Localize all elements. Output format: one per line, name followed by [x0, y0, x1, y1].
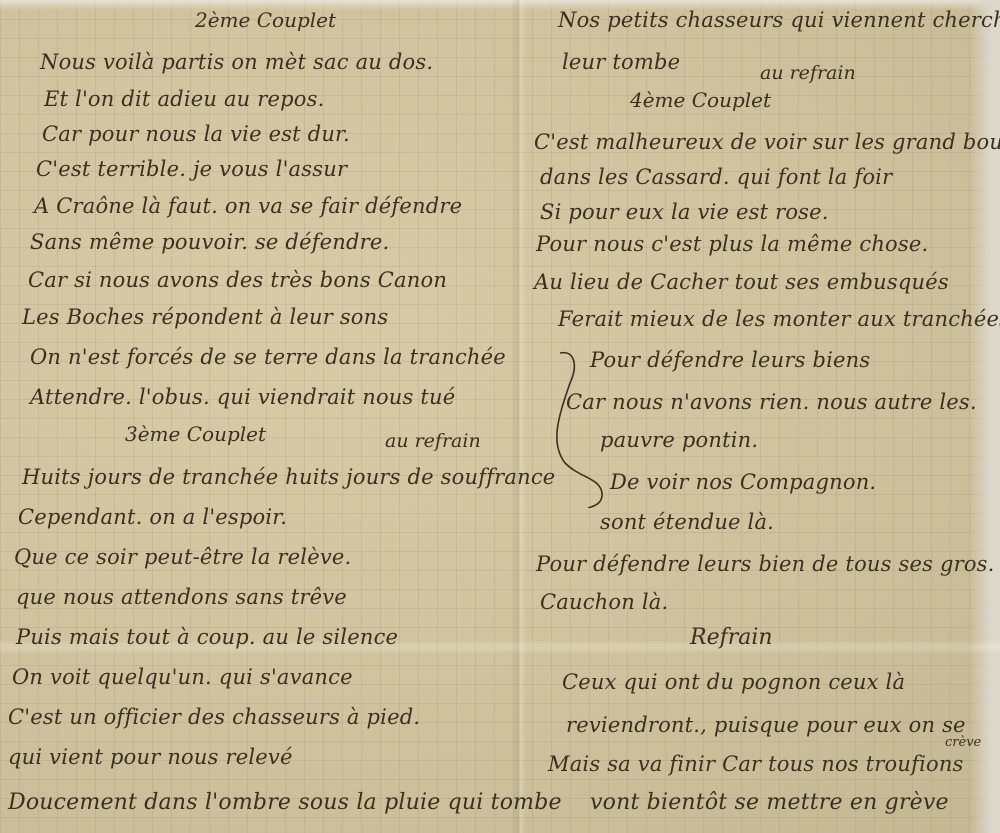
refrain-note: au refrain: [760, 62, 856, 84]
lyric-line: vont bientôt se mettre en grève: [590, 790, 949, 815]
lyric-line: Au lieu de Cacher tout ses embusqués: [534, 270, 949, 294]
lyric-line: Nos petits chasseurs qui viennent cherch…: [558, 8, 1000, 32]
paper-right-edge: [970, 0, 1000, 833]
lyric-line: qui vient pour nous relevé: [8, 745, 293, 769]
lyric-line: reviendront., puisque pour eux on se: [566, 713, 966, 737]
lyric-line: que nous attendons sans trêve: [16, 585, 347, 609]
interlinear-note: crève: [945, 735, 981, 750]
lyric-line: Car si nous avons des très bons Canon: [28, 268, 447, 292]
lyric-line: Les Boches répondent à leur sons: [22, 305, 388, 329]
lyric-line: Car pour nous la vie est dur.: [42, 122, 350, 146]
center-fold: [512, 0, 526, 833]
lyric-line: Doucement dans l'ombre sous la pluie qui…: [8, 790, 562, 815]
lyric-line: On n'est forcés de se terre dans la tran…: [30, 345, 506, 369]
lyric-line: De voir nos Compagnon.: [610, 470, 876, 494]
document-page: 2ème Couplet Nous voilà partis on mèt sa…: [0, 0, 1000, 833]
lyric-line: Puis mais tout à coup. au le silence: [16, 625, 398, 649]
lyric-line: Huits jours de tranchée huits jours de s…: [22, 465, 555, 489]
lyric-line: Sans même pouvoir. se défendre.: [30, 230, 389, 254]
refrain-heading: Refrain: [690, 625, 773, 650]
couplet3-heading: 3ème Couplet: [125, 422, 266, 446]
lyric-line: Ferait mieux de les monter aux tranchées: [558, 307, 1000, 331]
lyric-line: A Craône là faut. on va se fair défendre: [34, 194, 462, 218]
lyric-line: C'est terrible. je vous l'assur: [36, 157, 347, 181]
couplet4-heading: 4ème Couplet: [630, 88, 771, 112]
lyric-line: On voit quelqu'un. qui s'avance: [12, 665, 353, 689]
lyric-line: C'est malheureux de voir sur les grand b…: [534, 130, 1000, 154]
lyric-line: Si pour eux la vie est rose.: [540, 200, 829, 224]
lyric-line: C'est un officier des chasseurs à pied.: [8, 705, 420, 729]
lyric-line: Pour nous c'est plus la même chose.: [536, 232, 928, 256]
lyric-line: dans les Cassard. qui font la foir: [540, 165, 892, 189]
lyric-line: Mais sa va finir Car tous nos troufions: [548, 752, 964, 776]
lyric-line: Et l'on dit adieu au repos.: [44, 87, 324, 111]
lyric-line: sont étendue là.: [600, 510, 774, 534]
lyric-line: Attendre. l'obus. qui viendrait nous tué: [30, 385, 455, 409]
lyric-line: Cauchon là.: [540, 590, 668, 614]
refrain-note: au refrain: [385, 430, 481, 452]
lyric-line: Pour défendre leurs bien de tous ses gro…: [536, 552, 995, 576]
lyric-line: pauvre pontin.: [600, 428, 758, 452]
lyric-line: Pour défendre leurs biens: [590, 348, 870, 372]
lyric-line: Car nous n'avons rien. nous autre les.: [566, 390, 977, 414]
couplet2-heading: 2ème Couplet: [195, 8, 336, 32]
lyric-line: Nous voilà partis on mèt sac au dos.: [40, 50, 433, 74]
lyric-line: Ceux qui ont du pognon ceux là: [562, 670, 905, 694]
lyric-line: Que ce soir peut-être la relève.: [14, 545, 351, 569]
lyric-line: Cependant. on a l'espoir.: [18, 505, 287, 529]
lyric-line: leur tombe: [562, 50, 680, 74]
